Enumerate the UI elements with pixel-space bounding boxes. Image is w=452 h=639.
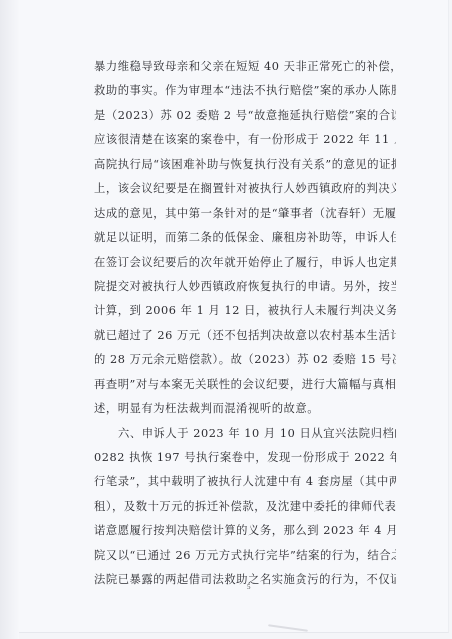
text-line: 再查明”对与本案无关联性的会议纪要，进行大篇幅与真相无关的描 bbox=[94, 373, 396, 397]
text-line: 租），及数十万元的拆迁补偿款，及沈建中委托的律师代表沈建中承 bbox=[94, 495, 396, 519]
text-line: 高院执行局“该困难补助与恢复执行没有关系”的意见的证据。事实 bbox=[94, 153, 396, 177]
text-line: 行笔录”，其中载明了被执行人沈建中有 4 套房屋（其中两套用于出 bbox=[94, 470, 396, 494]
text-line: 上，该会议纪要是在搁置针对被执行人妙西镇政府的判决义务基础上 bbox=[94, 177, 396, 201]
text-line: 的 28 万元余元赔偿款）。故（2023）苏 02 委赔 15 号决定书“另查明… bbox=[94, 348, 396, 372]
paragraph-end-line: 述，明显有为枉法裁判而混淆视听的故意。 bbox=[94, 397, 396, 421]
scan-edge-shadow bbox=[0, 0, 19, 639]
text-line: 达成的意见，其中第一条针对的是“肇事者（沈春轩）无履行能力” bbox=[94, 202, 396, 226]
text-line: 暴力维稳导致母亲和父亲在短短 40 天非正常死亡的补偿，而非司法 bbox=[94, 55, 396, 79]
text-line: 诺意愿履行按判决赔偿计算的义务，那么到 2023 年 4 月 17 日宜兴法 bbox=[94, 519, 396, 543]
page-number: 5 bbox=[247, 583, 251, 591]
text-line: 在签订会议纪要后的次年就开始停止了履行，申诉人也定期向宜兴法 bbox=[94, 251, 396, 275]
paragraph-six-start-line: 六、申诉人于 2023 年 10 月 10 日从宜兴法院归档的（2022）苏 bbox=[94, 422, 396, 446]
document-body: 暴力维稳导致母亲和父亲在短短 40 天非正常死亡的补偿，而非司法 救助的事实。作… bbox=[94, 55, 396, 593]
text-line: 院提交对被执行人妙西镇政府恢复执行的申请。另外，按当年的利率 bbox=[94, 275, 396, 299]
text-line: 就足以证明，而第二条的低保金、廉租房补助等，申诉人住所地政府 bbox=[94, 226, 396, 250]
text-line: 应该很清楚在该案的案卷中，有一份形成于 2022 年 11 月 15 日的省 bbox=[94, 128, 396, 152]
text-line: 计算，到 2006 年 1 月 12 日，被执行人未履行判决义务的迟延履行金， bbox=[94, 299, 396, 323]
text-line: 是（2023）苏 02 委赔 2 号“故意拖延执行赔偿”案的合议庭成员， bbox=[94, 104, 396, 128]
text-line: 救助的事实。作为审理本“违法不执行赔偿”案的承办人陈胜利，也 bbox=[94, 79, 396, 103]
text-line: 0282 执恢 197 号执行案卷中，发现一份形成于 2022 年 8 月 3 … bbox=[94, 446, 396, 470]
text-line: 法院已暴露的两起借司法救助之名实施贪污的行为，不仅证明宜兴法 bbox=[94, 568, 396, 592]
text-line: 就已超过了 26 万元（还不包括判决故意以农村基本生活计算而少算 bbox=[94, 324, 396, 348]
text-line: 院又以“已通过 26 万元方式执行完毕”结案的行为，结合之前宜兴 bbox=[94, 544, 396, 568]
